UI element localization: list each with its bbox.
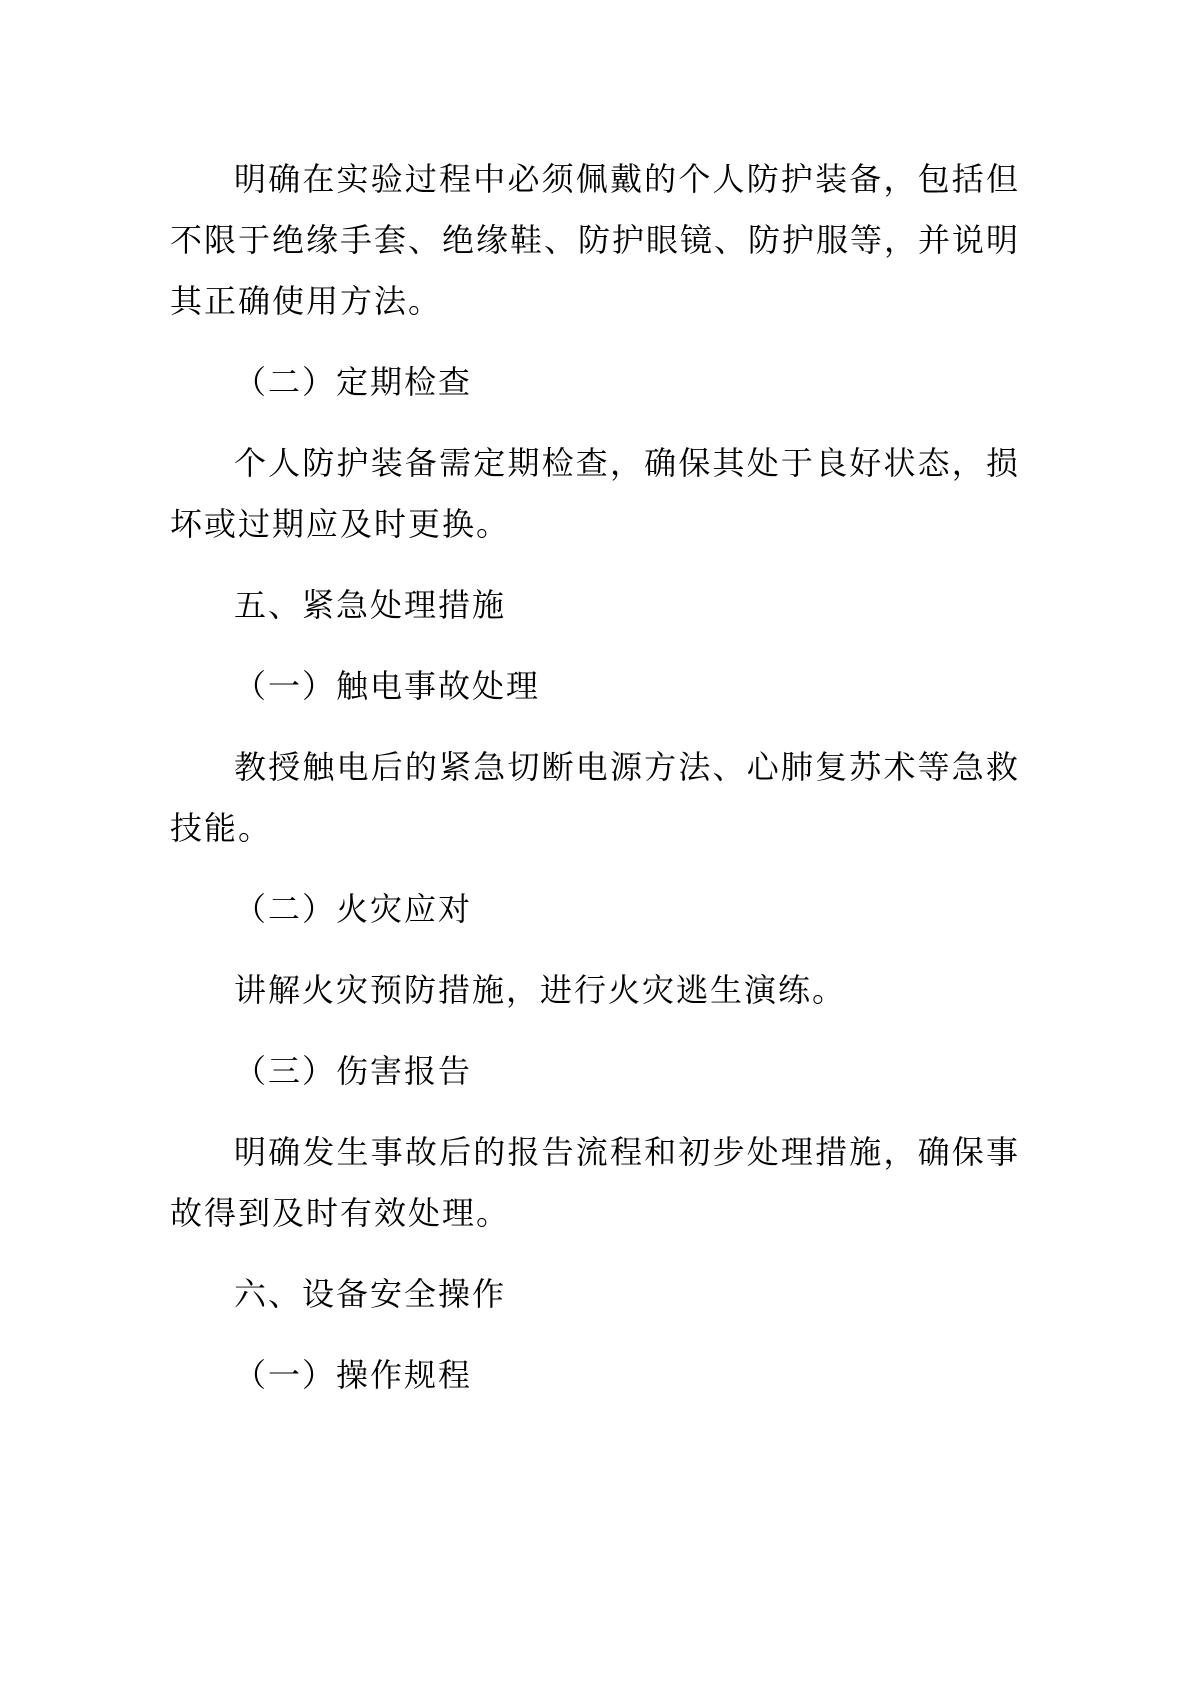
body-paragraph: 明确发生事故后的报告流程和初步处理措施，确保事故得到及时有效处理。 <box>170 1122 1020 1244</box>
section-heading: （一）操作规程 <box>170 1345 1020 1406</box>
section-heading: （二）火灾应对 <box>170 879 1020 940</box>
section-heading: （一）触电事故处理 <box>170 656 1020 717</box>
document-page: 明确在实验过程中必须佩戴的个人防护装备，包括但不限于绝缘手套、绝缘鞋、防护眼镜、… <box>0 0 1190 1683</box>
document-body: 明确在实验过程中必须佩戴的个人防护装备，包括但不限于绝缘手套、绝缘鞋、防护眼镜、… <box>170 149 1020 1406</box>
body-paragraph: 讲解火灾预防措施，进行火灾逃生演练。 <box>170 960 1020 1021</box>
body-paragraph: 明确在实验过程中必须佩戴的个人防护装备，包括但不限于绝缘手套、绝缘鞋、防护眼镜、… <box>170 149 1020 332</box>
section-heading: 六、设备安全操作 <box>170 1264 1020 1325</box>
section-heading: 五、紧急处理措施 <box>170 575 1020 636</box>
body-paragraph: 个人防护装备需定期检查，确保其处于良好状态，损坏或过期应及时更换。 <box>170 433 1020 555</box>
section-heading: （三）伤害报告 <box>170 1041 1020 1102</box>
section-heading: （二）定期检查 <box>170 352 1020 413</box>
body-paragraph: 教授触电后的紧急切断电源方法、心肺复苏术等急救技能。 <box>170 737 1020 859</box>
